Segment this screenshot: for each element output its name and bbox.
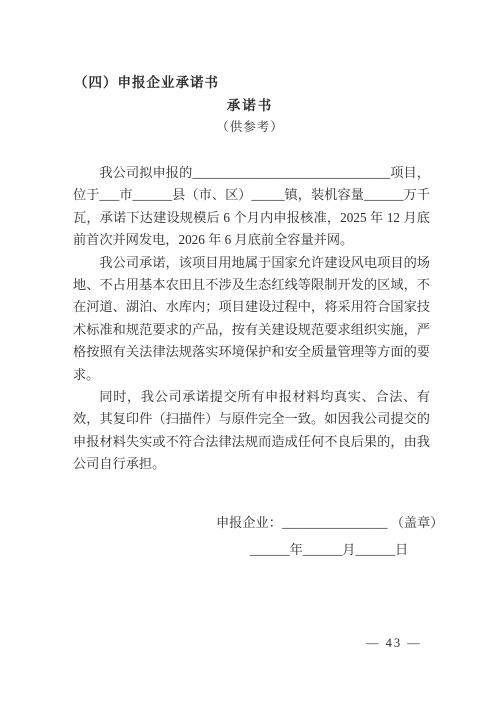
paragraph-project-declaration: 我公司拟申报的______________________________项目，… bbox=[73, 162, 430, 252]
paragraph-materials-commitment: 同时，我公司承诺提交所有申报材料均真实、合法、有效，其复印件（扫描件）与原件完全… bbox=[73, 386, 430, 476]
company-label: 申报企业： bbox=[216, 515, 282, 530]
paragraph-land-commitment: 我公司承诺，该项目用地属于国家允许建设风电项目的场地、不占用基本农田且不涉及生态… bbox=[73, 252, 430, 386]
signature-date-line: ______年______月______日 bbox=[250, 539, 443, 558]
seal-label: （盖章） bbox=[391, 515, 444, 530]
document-body: 我公司拟申报的______________________________项目，… bbox=[73, 162, 430, 476]
document-title: 承诺书 bbox=[0, 94, 500, 114]
page-number: — 43 — bbox=[366, 636, 422, 651]
section-heading: （四）申报企业承诺书 bbox=[74, 71, 219, 91]
document-page: （四）申报企业承诺书 承诺书 （供参考） 我公司拟申报的____________… bbox=[0, 0, 500, 706]
signature-block: 申报企业：________________ （盖章） ______年______… bbox=[216, 512, 443, 558]
document-subtitle: （供参考） bbox=[0, 117, 500, 135]
company-blank-line: ________________ bbox=[282, 515, 388, 530]
signature-company-line: 申报企业：________________ （盖章） bbox=[216, 512, 443, 531]
